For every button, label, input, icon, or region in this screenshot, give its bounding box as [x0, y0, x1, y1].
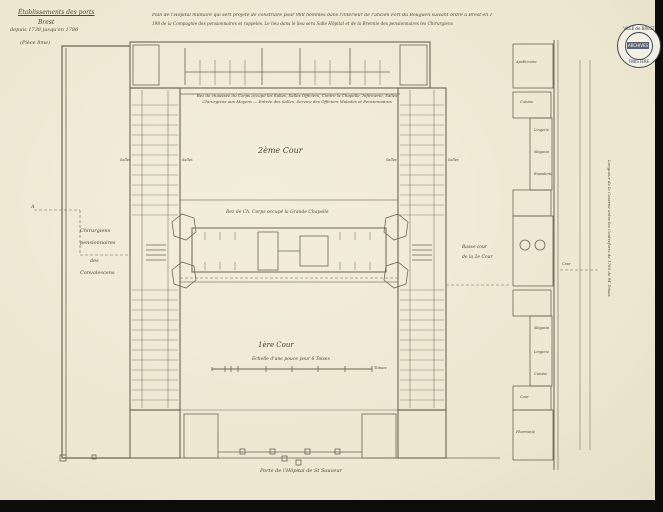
left-annotation-1: Chirurgiens	[80, 228, 110, 234]
annex-room-6: Magasin	[534, 326, 549, 330]
first-court-label: 1ère Cour	[258, 341, 294, 349]
gallery-label-left-1: Salles	[120, 158, 131, 162]
left-annotation-4: Convalescens	[80, 270, 115, 276]
gallery-label-right-1: Salles	[386, 158, 397, 162]
plan-sheet: Établissements des ports Brest depuis 17…	[0, 0, 655, 500]
left-annotation-2: pensionnaires	[80, 240, 116, 246]
floor-plan-drawing	[0, 0, 655, 500]
annex-room-1: Apothicaire	[516, 60, 537, 64]
annex-room-3: Lingerie	[534, 128, 549, 132]
gallery-label-right-2: Salles	[448, 158, 459, 162]
second-court-label: 2ème Cour	[258, 146, 303, 155]
right-court-note-1: Basse-cour	[462, 245, 487, 250]
annex-room-4: Magasin	[534, 150, 549, 154]
right-vertical-note: Longueur de la Caserne entre les Contref…	[607, 160, 612, 297]
scale-title: Échelle d'une pouce pour 6 Toises	[252, 357, 330, 362]
street-label: Cour	[562, 262, 571, 266]
annex-room-10: Pharmacie	[516, 430, 535, 434]
annex-room-8: Cuisine	[534, 372, 547, 376]
central-building-note: Rez de Ch. Corps occupé la Grande Chapel…	[226, 210, 329, 215]
upper-gallery-note: Rez de chaussée du Corps occupé les Sall…	[192, 93, 402, 105]
annex-room-2: Cuisine	[520, 100, 533, 104]
scale-unit: Toises	[374, 365, 387, 370]
left-marker: A	[31, 204, 35, 210]
gallery-label-left-2: Salles	[182, 158, 193, 162]
annex-room-9: Cour	[520, 395, 529, 399]
right-court-note-2: de la 2e Cour	[462, 255, 493, 260]
bottom-gate-label: Porte de l'Hôpital de St Sauveur	[260, 468, 342, 474]
annex-room-5: Buanderie	[534, 172, 552, 176]
annex-room-7: Lingerie	[534, 350, 549, 354]
left-annotation-3: des	[90, 258, 99, 264]
